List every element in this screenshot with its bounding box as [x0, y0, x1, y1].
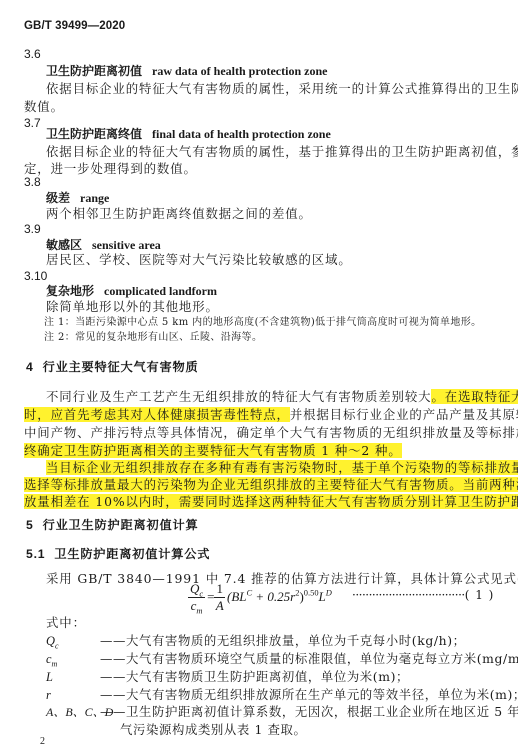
leader-dots: ··································: [352, 588, 465, 602]
section-4-para-2-line-1: 当目标企业无组织排放存在多种有毒有害污染物时，基于单个污染物的等标排放量计算结果…: [46, 462, 518, 474]
clause-number-3-7: 3.7: [24, 117, 41, 129]
highlighted-text: 放量相差在 10%以内时，需要同时选择这两种特征大气有害物质分别计算卫生防护距离…: [24, 494, 518, 509]
variable-description: ——卫生防护距离初值计算系数，无因次，根据工业企业所在地区近 5 年平均风速及大: [100, 706, 518, 718]
term-3-9: 敏感区sensitive area: [46, 239, 161, 251]
variable-row-c: cm ——大气有害物质环境空气质量的标准限值，单位为毫克每立方米(mg/m³)；: [0, 653, 518, 667]
section-4-para-1-line-1: 不同行业及生产工艺产生无组织排放的特征大气有害物质差别较大。在选取特征大气有害物…: [46, 391, 518, 403]
subsection-number: 5.1: [26, 548, 45, 560]
definition-3-6-line-1: 依据目标企业的特征大气有害物质的属性，采用统一的计算公式推算得出的卫生防护距离具…: [46, 83, 518, 95]
term-en: final data of health protection zone: [152, 127, 331, 141]
definition-3-7-line-1: 依据目标企业的特征大气有害物质的属性，基于推算得出的卫生防护距离初值，参照统一的…: [46, 146, 518, 158]
standard-code-header: GB/T 39499—2020: [24, 21, 125, 33]
clause-number-3-9: 3.9: [24, 223, 41, 235]
variable-row-q: Qc ——大气有害物质的无组织排放量，单位为千克每小时(kg/h)；: [0, 635, 518, 649]
highlighted-text: 。在选取特征大气有害物质: [431, 389, 518, 404]
variable-symbol: Qc: [46, 635, 59, 647]
variable-description: ——大气有害物质环境空气质量的标准限值，单位为毫克每立方米(mg/m³)；: [100, 653, 518, 665]
note-1: 注 1：当距污染源中心点 5 km 内的地形高度(不含建筑物)低于排气筒高度时可…: [44, 318, 482, 328]
definition-3-6-line-2: 数值。: [24, 101, 64, 113]
term-3-10: 复杂地形complicated landform: [46, 285, 217, 297]
symbol-sub: c: [55, 641, 59, 650]
exp-d: D: [326, 587, 332, 597]
text-plain: 中间产物、产排污特点等具体情况，确定单个大气有害物质的无组织排放量及等标排放量(: [24, 425, 518, 440]
q-symbol: Q: [190, 581, 199, 596]
subsection-title: 卫生防护距离初值计算公式: [54, 547, 210, 561]
section-4-para-1-line-4: 终确定卫生防护距离相关的主要特征大气有害物质 1 种～2 种。: [24, 445, 402, 457]
sub-m: m: [196, 606, 202, 616]
section-4-heading: 4行业主要特征大气有害物质: [26, 361, 198, 373]
definition-3-10: 除简单地形以外的其他地形。: [46, 301, 219, 313]
highlighted-text: 当目标企业无组织排放存在多种有毒有害污染物时，基于单个污染物的等标排放量计算结果…: [46, 460, 518, 475]
highlighted-text: 选择等标排放量最大的污染物为企业无组织排放的主要特征大气有害物质。当前两种污染物…: [24, 477, 518, 492]
term-zh: 卫生防护距离终值: [46, 127, 142, 141]
note-2: 注 2：常见的复杂地形有山区、丘陵、沿海等。: [44, 333, 262, 343]
term-3-8: 级差range: [46, 192, 109, 204]
clause-number-3-6: 3.6: [24, 48, 41, 60]
equation-number: ( 1 ): [465, 588, 495, 602]
highlighted-text: 时，应首先考虑其对人体健康损害毒性特点，: [24, 407, 290, 422]
section-number: 5: [26, 519, 34, 531]
standard-code: GB/T 39499—2020: [24, 20, 125, 32]
text-plain: 并根据目标行业企业的产品产量及其原辅材料、工艺特征、: [290, 407, 518, 422]
l-symbol: L: [319, 589, 326, 604]
term-3-7: 卫生防护距离终值final data of health protection …: [46, 128, 331, 140]
lhs-fraction: Qc cm: [188, 582, 205, 614]
variable-symbol: cm: [46, 653, 57, 665]
formula-leader: ··································( 1 ): [352, 589, 494, 601]
exp-050: 0.50: [304, 587, 319, 597]
subsection-5-1-heading: 5.1卫生防护距离初值计算公式: [26, 548, 210, 560]
symbol-sub: m: [52, 659, 58, 668]
section-4-para-2-line-2: 选择等标排放量最大的污染物为企业无组织排放的主要特征大气有害物质。当前两种污染物…: [24, 479, 518, 491]
term-3-6: 卫生防护距离初值raw data of health protection zo…: [46, 65, 327, 77]
definition-3-9: 居民区、学校、医院等对大气污染比较敏感的区域。: [46, 254, 352, 266]
section-5-heading: 5行业卫生防护距离初值计算: [26, 519, 198, 531]
section-title: 行业卫生防护距离初值计算: [43, 518, 199, 532]
term-en: complicated landform: [104, 284, 217, 298]
equals: =: [207, 589, 214, 604]
section-4-para-2-line-3: 放量相差在 10%以内时，需要同时选择这两种特征大气有害物质分别计算卫生防护距离…: [24, 496, 518, 508]
section-4-para-1-line-3: 中间产物、产排污特点等具体情况，确定单个大气有害物质的无组织排放量及等标排放量(…: [24, 427, 518, 439]
variable-symbol: L: [46, 671, 53, 683]
formula-body: + 0.25r: [252, 589, 295, 604]
one: 1: [214, 582, 225, 598]
clause-number-3-10: 3.10: [24, 270, 47, 282]
variable-row-abcd: A、B、C、D ——卫生防护距离初值计算系数，无因次，根据工业企业所在地区近 5…: [0, 706, 518, 720]
term-zh: 级差: [46, 191, 70, 205]
text-plain: 不同行业及生产工艺产生无组织排放的特征大气有害物质差别较大: [46, 389, 431, 404]
section-4-para-1-line-2: 时，应首先考虑其对人体健康损害毒性特点，并根据目标行业企业的产品产量及其原辅材料…: [24, 409, 518, 421]
variable-description: ——大气有害物质无组织排放源所在生产单元的等效半径，单位为米(m)；: [100, 689, 518, 701]
variable-description: ——大气有害物质的无组织排放量，单位为千克每小时(kg/h)；: [100, 635, 466, 647]
where-label: 式中：: [46, 617, 86, 629]
term-zh: 复杂地形: [46, 284, 94, 298]
definition-3-8: 两个相邻卫生防护距离终值数据之间的差值。: [46, 208, 312, 220]
page-number: 2: [40, 737, 45, 747]
term-zh: 敏感区: [46, 238, 82, 252]
variable-row-r: r ——大气有害物质无组织排放源所在生产单元的等效半径，单位为米(m)；: [0, 689, 518, 703]
term-en: range: [80, 191, 109, 205]
section-title: 行业主要特征大气有害物质: [43, 360, 199, 374]
symbol: Q: [46, 634, 55, 648]
variable-row-l: L ——大气有害物质卫生防护距离初值，单位为米(m)；: [0, 671, 518, 685]
variable-symbol: r: [46, 689, 51, 701]
a-symbol: A: [214, 598, 225, 613]
term-en: raw data of health protection zone: [152, 64, 327, 78]
rhs-fraction: 1 A: [214, 582, 225, 614]
clause-number-3-8: 3.8: [24, 176, 41, 188]
term-zh: 卫生防护距离初值: [46, 64, 142, 78]
definition-3-7-line-2: 定，进一步处理得到的数值。: [24, 163, 197, 175]
term-en: sensitive area: [92, 238, 161, 252]
sub-c: c: [199, 589, 203, 599]
variable-abcd-continuation: 气污染源构成类别从表 1 查取。: [120, 724, 306, 736]
highlighted-text: 终确定卫生防护距离相关的主要特征大气有害物质 1 种～2 种。: [24, 443, 402, 458]
section-number: 4: [26, 361, 34, 373]
variable-description: ——大气有害物质卫生防护距离初值，单位为米(m)；: [100, 671, 409, 683]
formula-body: (BL: [227, 589, 247, 604]
formula-1: Qc cm = 1 A (BLC + 0.25r2)0.50LD: [188, 582, 332, 614]
